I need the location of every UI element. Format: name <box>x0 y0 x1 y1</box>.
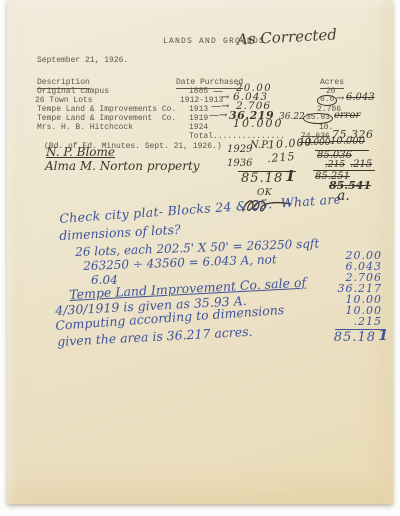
table-row-description: Original campus <box>37 88 109 96</box>
center-total-bold-digit: 1 <box>285 169 295 184</box>
correction-arrow: → <box>336 94 344 104</box>
table-row-date: 1924 <box>189 124 208 132</box>
crossed-sum-value: 85.541 <box>329 180 371 191</box>
blue-column-value: .215 <box>320 316 382 327</box>
correction-note: As Corrected <box>237 27 338 47</box>
error-note: error <box>334 111 360 121</box>
crossed-sum-value: 10.000 <box>330 137 365 147</box>
blue-column-total-bold-digit: 1 <box>378 328 388 343</box>
paper-sheet: LANDS AND GROUNDS As Corrected September… <box>7 0 393 504</box>
addition-name: Alma M. Norton property <box>45 160 200 172</box>
crossed-sum-value: .215 <box>350 160 372 170</box>
table-row-description: 26 Town Lots <box>35 97 93 105</box>
crossed-correction-value: 6.043 <box>346 93 375 103</box>
date-line: September 21, 1926. <box>37 57 128 65</box>
table-row-date: 1913 <box>189 106 208 114</box>
crossed-sum-value: .215 <box>325 161 345 170</box>
addition-year: 1929 <box>227 145 252 155</box>
addition-value-prefix: N.P. <box>250 141 269 151</box>
blue-note-line: dimensions of lots? <box>59 224 181 243</box>
table-row-date: 1919 <box>189 115 208 123</box>
scanned-page: LANDS AND GROUNDS As Corrected September… <box>0 0 400 516</box>
addition-value: .215 <box>267 151 296 164</box>
handwritten-acres-value: 10.000 <box>233 118 284 129</box>
table-row-date: 1885 <box>189 88 208 96</box>
addition-value: 10.000 <box>268 136 313 150</box>
table-row-description: Tempe Land & Improvements Co. <box>37 106 176 114</box>
table-row-description: Mrs. H. B. Hitchcock <box>37 124 133 132</box>
arrow-mark: —→ <box>209 111 227 121</box>
blue-note-line: Check city plat- Blocks 24 & 25. What ar… <box>59 193 342 225</box>
center-total: 85.18 <box>241 172 283 185</box>
addition-year: 1936 <box>227 159 252 169</box>
blue-column-total: 85.18 <box>314 331 376 344</box>
table-row-description: Tempe Land & Improvement Co. <box>37 115 176 123</box>
addition-name: N. P. Blome <box>46 146 115 158</box>
column-header-date: Date Purchased <box>176 79 243 89</box>
